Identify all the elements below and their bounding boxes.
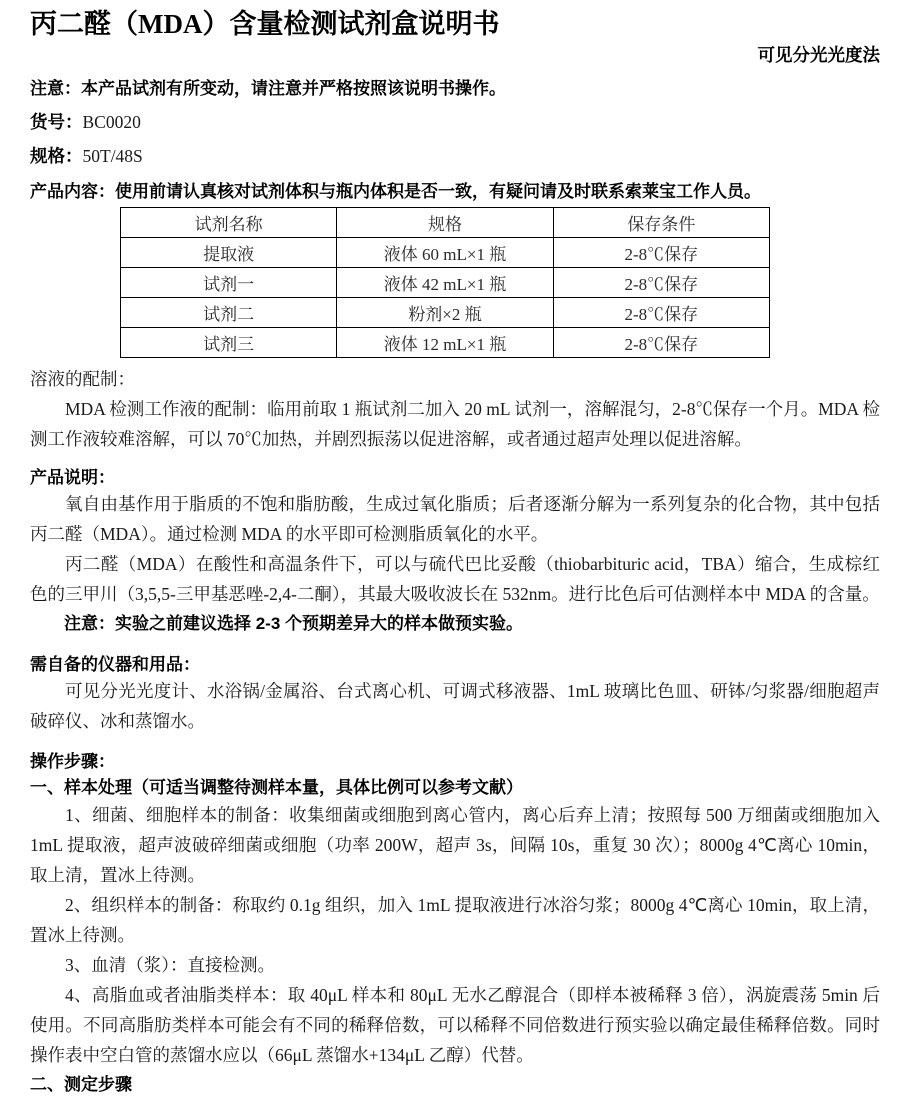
catalog-field: 货号：BC0020 bbox=[30, 111, 880, 134]
equipment-heading: 需自备的仪器和用品： bbox=[30, 653, 880, 676]
product-description-para-2: 丙二醛（MDA）在酸性和高温条件下，可以与硫代巴比妥酸（thiobarbitur… bbox=[30, 549, 880, 609]
notice-text: 注意：本产品试剂有所变动，请注意并严格按照该说明书操作。 bbox=[30, 78, 880, 100]
table-cell-spec: 液体 12 mL×1 瓶 bbox=[337, 328, 553, 358]
procedure-heading: 操作步骤： bbox=[30, 750, 880, 773]
solution-prep-paragraph: MDA 检测工作液的配制：临用前取 1 瓶试剂二加入 20 mL 试剂一，溶解混… bbox=[30, 394, 880, 454]
method-label: 可见分光光度法 bbox=[30, 44, 880, 66]
sample-step-1: 1、细菌、细胞样本的制备：收集细菌或细胞到离心管内，离心后弃上清；按照每 500… bbox=[30, 800, 880, 890]
sample-step-2: 2、组织样本的制备：称取约 0.1g 组织，加入 1mL 提取液进行冰浴匀浆；8… bbox=[30, 890, 880, 950]
product-description-heading: 产品说明： bbox=[30, 466, 880, 489]
table-row: 试剂二 粉剂×2 瓶 2-8℃保存 bbox=[121, 298, 770, 328]
header-cell-storage: 保存条件 bbox=[553, 208, 769, 238]
table-row: 试剂一 液体 42 mL×1 瓶 2-8℃保存 bbox=[121, 268, 770, 298]
table-cell-storage: 2-8℃保存 bbox=[553, 238, 769, 268]
product-content-heading: 产品内容：使用前请认真核对试剂体积与瓶内体积是否一致，有疑问请及时联系索莱宝工作… bbox=[30, 180, 880, 203]
equipment-paragraph: 可见分光光度计、水浴锅/金属浴、台式离心机、可调式移液器、1mL 玻璃比色皿、研… bbox=[30, 676, 880, 736]
table-cell-spec: 液体 42 mL×1 瓶 bbox=[337, 268, 553, 298]
table-cell-name: 试剂三 bbox=[121, 328, 337, 358]
document-page: 丙二醛（MDA）含量检测试剂盒说明书 可见分光光度法 注意：本产品试剂有所变动，… bbox=[0, 0, 910, 1097]
spec-value: 50T/48S bbox=[83, 146, 143, 166]
table-cell-storage: 2-8℃保存 bbox=[553, 268, 769, 298]
table-cell-spec: 粉剂×2 瓶 bbox=[337, 298, 553, 328]
product-description-para-1: 氧自由基作用于脂质的不饱和脂肪酸，生成过氧化脂质；后者逐渐分解为一系列复杂的化合… bbox=[30, 489, 880, 549]
spec-field: 规格：50T/48S bbox=[30, 145, 880, 168]
solution-prep-heading: 溶液的配制： bbox=[30, 364, 880, 394]
pre-experiment-note: 注意：实验之前建议选择 2-3 个预期差异大的样本做预实验。 bbox=[30, 609, 880, 639]
catalog-label: 货号： bbox=[30, 112, 83, 132]
table-row: 试剂三 液体 12 mL×1 瓶 2-8℃保存 bbox=[121, 328, 770, 358]
header-cell-reagent-name: 试剂名称 bbox=[121, 208, 337, 238]
table-row: 提取液 液体 60 mL×1 瓶 2-8℃保存 bbox=[121, 238, 770, 268]
measurement-steps-heading: 二、测定步骤 bbox=[30, 1073, 880, 1097]
table-cell-name: 试剂一 bbox=[121, 268, 337, 298]
sample-step-3: 3、血清（浆）：直接检测。 bbox=[30, 950, 880, 980]
reagent-table: 试剂名称 规格 保存条件 提取液 液体 60 mL×1 瓶 2-8℃保存 试剂一… bbox=[120, 207, 770, 358]
spec-label: 规格： bbox=[30, 146, 83, 166]
table-header-row: 试剂名称 规格 保存条件 bbox=[121, 208, 770, 238]
page-title: 丙二醛（MDA）含量检测试剂盒说明书 bbox=[30, 6, 880, 42]
table-cell-storage: 2-8℃保存 bbox=[553, 328, 769, 358]
table-cell-name: 提取液 bbox=[121, 238, 337, 268]
table-cell-storage: 2-8℃保存 bbox=[553, 298, 769, 328]
sample-step-4: 4、高脂血或者油脂类样本：取 40μL 样本和 80μL 无水乙醇混合（即样本被… bbox=[30, 980, 880, 1070]
catalog-value: BC0020 bbox=[83, 112, 141, 132]
table-cell-name: 试剂二 bbox=[121, 298, 337, 328]
sample-processing-heading: 一、样本处理（可适当调整待测样本量，具体比例可以参考文献） bbox=[30, 776, 880, 800]
header-cell-spec: 规格 bbox=[337, 208, 553, 238]
table-cell-spec: 液体 60 mL×1 瓶 bbox=[337, 238, 553, 268]
